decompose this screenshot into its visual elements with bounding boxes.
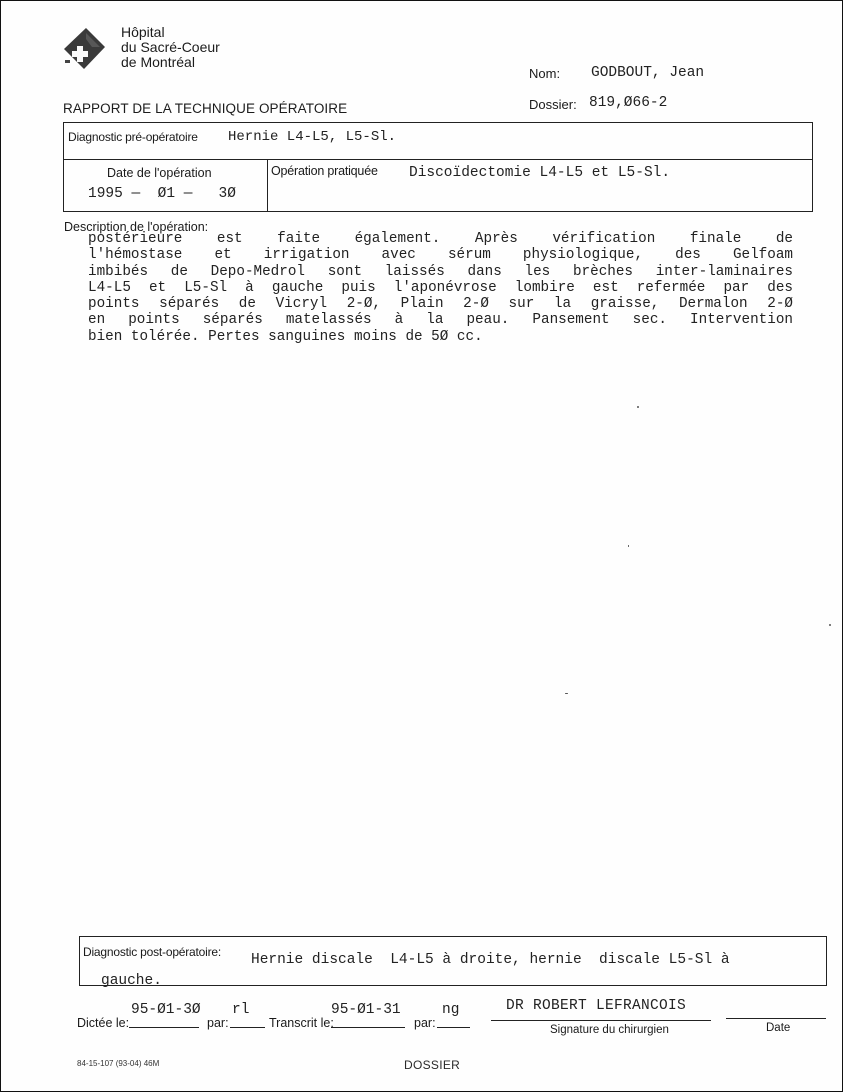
- operation-performed-label: Opération pratiquée: [271, 164, 378, 178]
- scan-speck: [829, 624, 831, 626]
- dictated-by-label: par:: [207, 1016, 229, 1030]
- transcribed-date-line: [331, 1027, 405, 1028]
- operative-report-page: Hôpital du Sacré-Coeur de Montréal RAPPO…: [0, 0, 843, 1092]
- scan-speck: [565, 693, 568, 694]
- description-line: postérieure est faite également. Après v…: [88, 231, 793, 247]
- dictated-date-value: 95-Ø1-3Ø: [131, 1002, 201, 1018]
- patient-name-label: Nom:: [529, 66, 560, 81]
- signature-line: [491, 1020, 711, 1021]
- description-line: imbibés de Depo-Medrol sont laissés dans…: [88, 264, 793, 280]
- post-op-diagnostic-value-line-1: Hernie discale L4-L5 à droite, hernie di…: [251, 952, 730, 968]
- patient-name-value: GODBOUT, Jean: [591, 65, 704, 81]
- form-code: 84-15-107 (93-04) 46M: [77, 1059, 159, 1068]
- dictated-by-line: [230, 1027, 265, 1028]
- pre-op-diagnostic-value: Hernie L4-L5, L5-Sl.: [228, 129, 396, 145]
- dossier-footer-label: DOSSIER: [404, 1058, 460, 1072]
- operation-date-value: 1995 — Ø1 — 3Ø: [88, 186, 236, 202]
- post-op-diagnostic-box: Diagnostic post-opératoire: Hernie disca…: [79, 936, 827, 986]
- hospital-cross-diamond-icon: [62, 27, 106, 71]
- dossier-number-value: 819,Ø66-2: [589, 95, 667, 111]
- post-op-diagnostic-label: Diagnostic post-opératoire:: [83, 945, 221, 959]
- transcribed-date-label: Transcrit le:: [269, 1016, 334, 1030]
- description-line: L4-L5 et L5-Sl à gauche puis l'aponévros…: [88, 280, 793, 296]
- dictated-date-line: [129, 1027, 199, 1028]
- description-line: points séparés de Vicryl 2-Ø, Plain 2-Ø …: [88, 296, 793, 312]
- description-line: bien tolérée. Pertes sanguines moins de …: [88, 329, 793, 345]
- hospital-name: Hôpital du Sacré-Coeur de Montréal: [121, 25, 220, 70]
- hospital-name-line-3: de Montréal: [121, 55, 220, 70]
- table-column-divider: [267, 159, 268, 211]
- report-title: RAPPORT DE LA TECHNIQUE OPÉRATOIRE: [63, 101, 347, 116]
- dictated-by-value: rl: [232, 1002, 249, 1018]
- transcribed-by-line: [437, 1027, 470, 1028]
- operation-date-label: Date de l'opération: [107, 166, 212, 180]
- scan-speck: [628, 545, 629, 547]
- operation-performed-value: Discoïdectomie L4-L5 et L5-Sl.: [409, 165, 670, 181]
- hospital-name-line-2: du Sacré-Coeur: [121, 40, 220, 55]
- transcribed-by-value: ng: [442, 1002, 459, 1018]
- transcribed-by-label: par:: [414, 1016, 436, 1030]
- pre-op-diagnostic-label: Diagnostic pré-opératoire: [68, 130, 198, 144]
- transcribed-date-value: 95-Ø1-31: [331, 1002, 401, 1018]
- surgeon-name: DR ROBERT LEFRANCOIS: [506, 998, 686, 1014]
- signature-date-caption: Date: [766, 1022, 790, 1034]
- table-row-divider: [64, 159, 812, 160]
- description-line: l'hémostase et irrigation avec sérum phy…: [88, 247, 793, 263]
- hospital-name-line-1: Hôpital: [121, 25, 220, 40]
- pre-op-table: Diagnostic pré-opératoire Hernie L4-L5, …: [63, 122, 813, 212]
- dictated-date-label: Dictée le:: [77, 1016, 129, 1030]
- post-op-diagnostic-value-line-2: gauche.: [101, 973, 162, 989]
- dossier-number-label: Dossier:: [529, 97, 577, 112]
- signature-date-line: [726, 1018, 826, 1019]
- description-text: postérieure est faite également. Après v…: [88, 231, 793, 345]
- description-line: en points séparés matelassés à la peau. …: [88, 312, 793, 328]
- scan-speck: [637, 406, 639, 408]
- signature-caption: Signature du chirurgien: [550, 1024, 669, 1036]
